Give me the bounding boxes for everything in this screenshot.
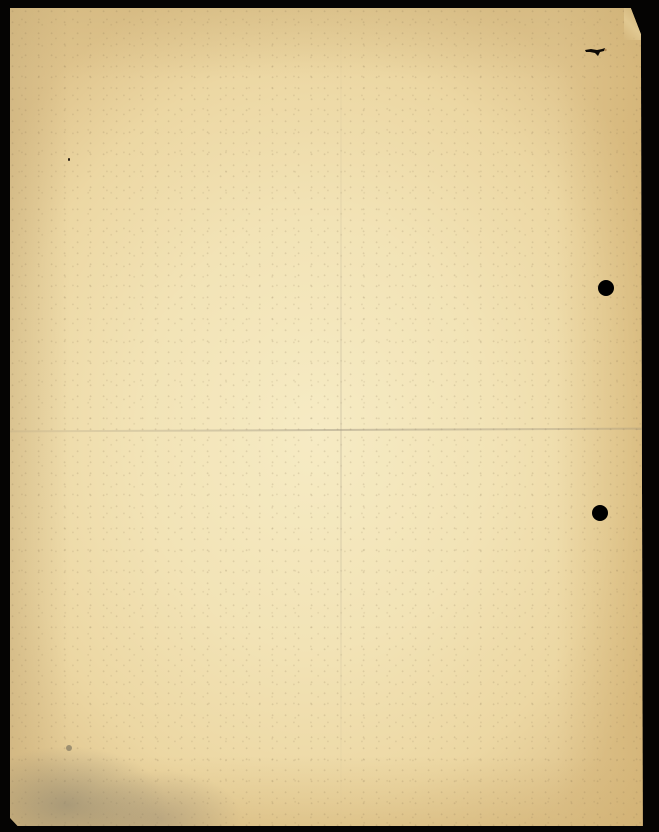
punch-hole-upper <box>598 280 614 296</box>
dirt-speck <box>66 745 72 751</box>
ink-blot-icon <box>585 47 607 57</box>
punch-hole-lower <box>592 505 608 521</box>
water-stain <box>10 686 270 826</box>
ink-speck <box>68 158 70 161</box>
paper-sheet <box>10 8 646 826</box>
vertical-crease-line <box>340 8 342 826</box>
